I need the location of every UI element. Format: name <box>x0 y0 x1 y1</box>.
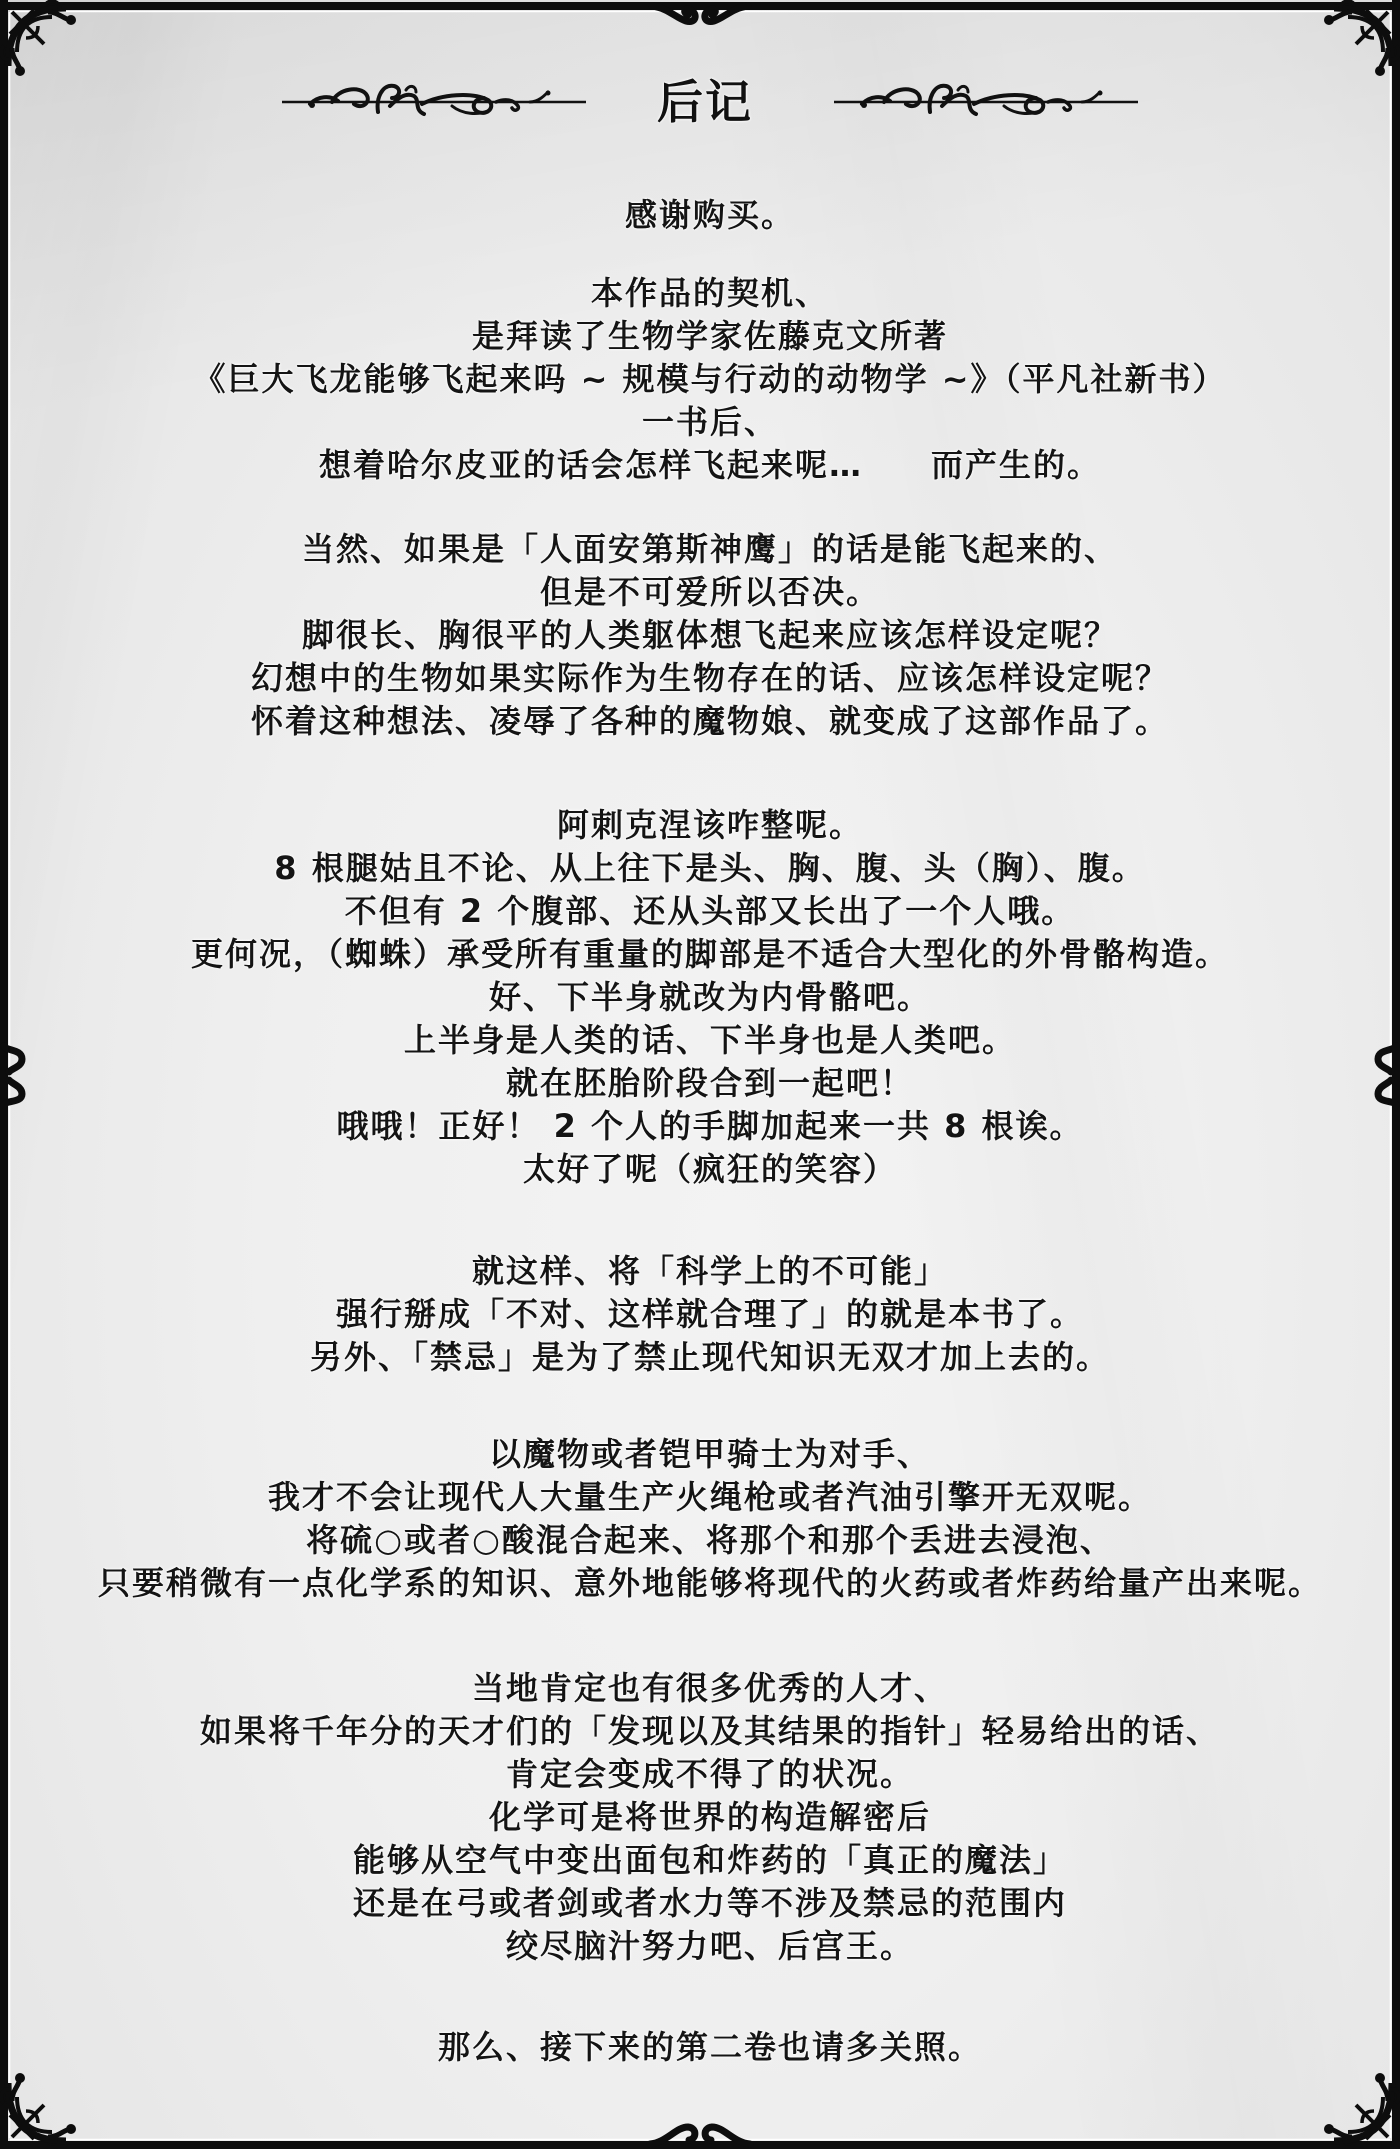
text-line: 幻想中的生物如果实际作为生物存在的话、应该怎样设定呢？ <box>10 657 1400 700</box>
text-line: 8 根腿姑且不论、从上往下是头、胸、腹、头（胸）、腹。 <box>10 847 1400 890</box>
text-line: 能够从空气中变出面包和炸药的「真正的魔法」 <box>10 1839 1400 1882</box>
text-line: 将硫○或者○酸混合起来、将那个和那个丢进去浸泡、 <box>10 1519 1400 1562</box>
celtic-knot-corner-icon <box>1324 1 1399 76</box>
text-line: 上半身是人类的话、下半身也是人类吧。 <box>10 1019 1400 1062</box>
paragraph-origin: 本作品的契机、 是拜读了生物学家佐藤克文所著 《巨大飞龙能够飞起来吗 ~ 规模与… <box>10 272 1400 487</box>
text-line: 感谢购买。 <box>10 194 1400 237</box>
text-line: 《巨大飞龙能够飞起来吗 ~ 规模与行动的动物学 ~》（平凡社新书） <box>10 358 1400 401</box>
scroll-notch-icon <box>650 2127 750 2144</box>
paragraph-weapons: 以魔物或者铠甲骑士为对手、 我才不会让现代人大量生产火绳枪或者汽油引擎开无双呢。… <box>10 1433 1400 1605</box>
text-line: 一书后、 <box>10 401 1400 444</box>
text-line: 另外、「禁忌」是为了禁止现代知识无双才加上去的。 <box>10 1336 1400 1379</box>
text-line: 太好了呢（疯狂的笑容） <box>10 1148 1400 1191</box>
text-line: 脚很长、胸很平的人类躯体想飞起来应该怎样设定呢？ <box>10 614 1400 657</box>
scroll-notch-icon <box>652 6 748 22</box>
text-line: 阿刺克涅该咋整呢。 <box>10 804 1400 847</box>
text-line: 我才不会让现代人大量生产火绳枪或者汽油引擎开无双呢。 <box>10 1476 1400 1519</box>
text-line: 哦哦！正好！ 2 个人的手脚加起来一共 8 根诶。 <box>10 1105 1400 1148</box>
text-line: 肯定会变成不得了的状况。 <box>10 1753 1400 1796</box>
text-line: 绞尽脑汁努力吧、后宫王。 <box>10 1925 1400 1968</box>
text-line: 好、下半身就改为内骨骼吧。 <box>10 976 1400 1019</box>
text-line: 还是在弓或者剑或者水力等不涉及禁忌的范围内 <box>10 1882 1400 1925</box>
text-line: 想着哈尔皮亚的话会怎样飞起来呢… 而产生的。 <box>10 444 1400 487</box>
celtic-knot-corner-icon <box>1324 2073 1399 2148</box>
text-line: 更何况，（蜘蛛）承受所有重量的脚部是不适合大型化的外骨骼构造。 <box>10 933 1400 976</box>
text-line: 如果将千年分的天才们的「发现以及其结果的指针」轻易给出的话、 <box>10 1710 1400 1753</box>
paragraph-arachne: 阿刺克涅该咋整呢。 8 根腿姑且不论、从上往下是头、胸、腹、头（胸）、腹。 不但… <box>10 804 1400 1191</box>
text-line: 当地肯定也有很多优秀的人才、 <box>10 1667 1400 1710</box>
paragraph-science: 就这样、将「科学上的不可能」 强行掰成「不对、这样就合理了」的就是本书了。 另外… <box>10 1250 1400 1379</box>
text-line: 化学可是将世界的构造解密后 <box>10 1796 1400 1839</box>
text-line: 就这样、将「科学上的不可能」 <box>10 1250 1400 1293</box>
text-line: 本作品的契机、 <box>10 272 1400 315</box>
text-line: 当然、如果是「人面安第斯神鹰」的话是能飞起来的、 <box>10 528 1400 571</box>
paragraph-closing: 那么、接下来的第二卷也请多关照。 <box>10 2026 1400 2069</box>
text-line: 那么、接下来的第二卷也请多关照。 <box>10 2026 1400 2069</box>
paragraph-chemistry: 当地肯定也有很多优秀的人才、 如果将千年分的天才们的「发现以及其结果的指针」轻易… <box>10 1667 1400 1968</box>
text-line: 怀着这种想法、凌辱了各种的魔物娘、就变成了这部作品了。 <box>10 700 1400 743</box>
text-line: 不但有 2 个腹部、还从头部又长出了一个人哦。 <box>10 890 1400 933</box>
text-line: 只要稍微有一点化学系的知识、意外地能够将现代的火药或者炸药给量产出来呢。 <box>10 1562 1400 1605</box>
text-line: 以魔物或者铠甲骑士为对手、 <box>10 1433 1400 1476</box>
text-line: 就在胚胎阶段合到一起吧！ <box>10 1062 1400 1105</box>
page-title: 后记 <box>0 76 1400 128</box>
celtic-knot-corner-icon <box>1 1 76 76</box>
text-line: 是拜读了生物学家佐藤克文所著 <box>10 315 1400 358</box>
paragraph-thanks: 感谢购买。 <box>10 194 1400 237</box>
text-line: 但是不可爱所以否决。 <box>10 571 1400 614</box>
paragraph-harpy: 当然、如果是「人面安第斯神鹰」的话是能飞起来的、 但是不可爱所以否决。 脚很长、… <box>10 528 1400 743</box>
text-line: 强行掰成「不对、这样就合理了」的就是本书了。 <box>10 1293 1400 1336</box>
celtic-knot-corner-icon <box>1 2073 76 2148</box>
